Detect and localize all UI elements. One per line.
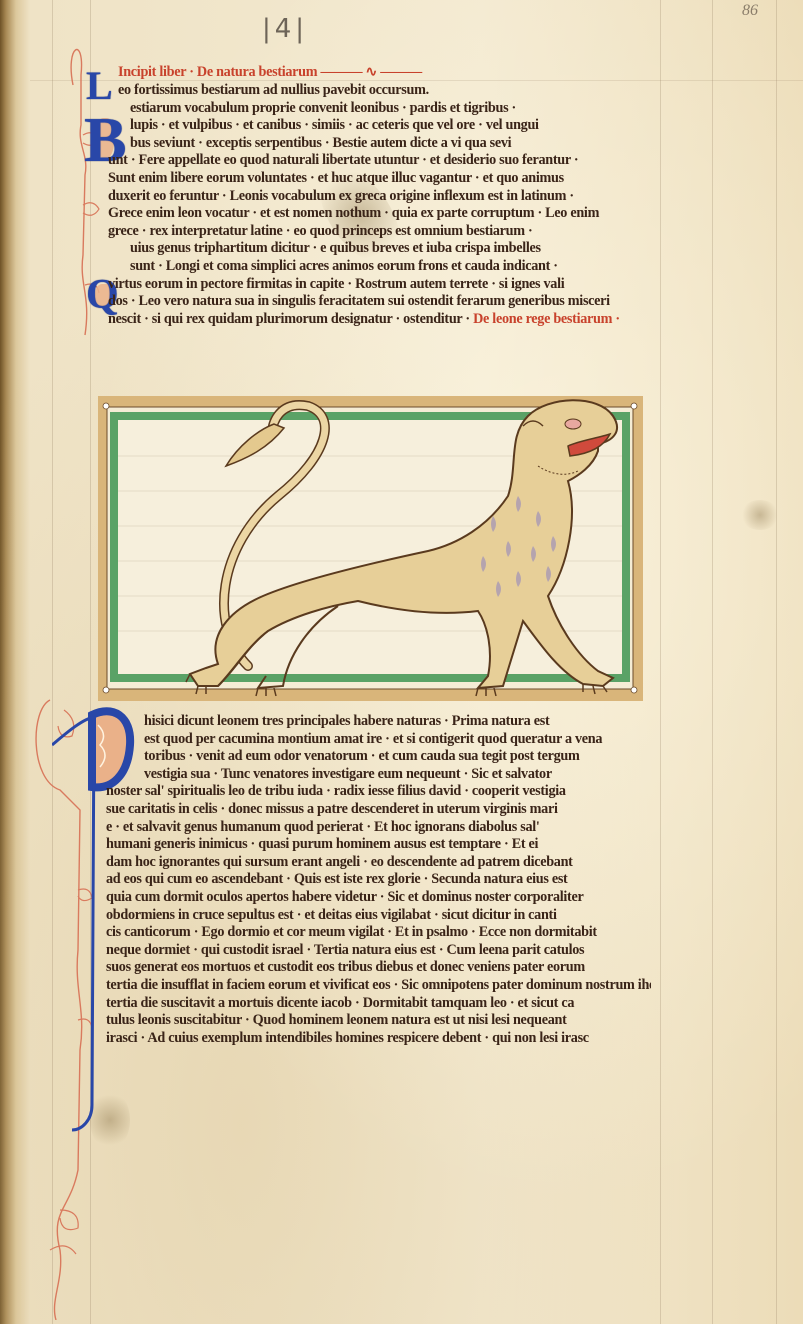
text-line: tertia die suscitavit a mortuis dicente …: [106, 995, 651, 1013]
text-line: virtus eorum in pectore firmitas in capi…: [108, 276, 648, 294]
ruling-line: [660, 0, 661, 1324]
text-line: neque dormiet · qui custodit israel · Te…: [106, 942, 651, 960]
text-line: tertia die insufflat in faciem eorum et …: [106, 977, 651, 995]
inline-rubric: De leone rege bestiarum ·: [473, 311, 620, 327]
text-line: sunt · Longi et coma simplici acres anim…: [108, 258, 648, 276]
text-line: noster sal' spiritualis leo de tribu iud…: [106, 783, 651, 801]
header-rubric-block: Incipit liber · De natura bestiarum ——— …: [118, 64, 638, 82]
text-line: duxerit eo feruntur · Leonis vocabulum e…: [108, 188, 648, 206]
text-line: vestigia sua · Tunc venatores investigar…: [106, 766, 651, 784]
text-line: e · et salvavit genus humanum quod perie…: [106, 819, 651, 837]
text-line: grece · rex interpretatur latine · eo qu…: [108, 223, 648, 241]
text-line: suos generat eos mortuos et custodit eos…: [106, 959, 651, 977]
lion-miniature: [98, 396, 643, 701]
text-line: quia cum dormit oculos apertos habere vi…: [106, 889, 651, 907]
text-line: ad eos qui cum eo ascendebant · Quis est…: [106, 871, 651, 889]
parchment-page: |4| 86 Incipit liber · De natura bestiar…: [0, 0, 803, 1324]
text-line: unt · Fere appellate eo quod naturali li…: [108, 152, 648, 170]
pencil-shelfmark: |4|: [262, 14, 308, 44]
text-line: sue caritatis in celis · donec missus a …: [106, 801, 651, 819]
text-line: cis canticorum · Ego dormio et cor meum …: [106, 924, 651, 942]
section-1-text: eo fortissimus bestiarum ad nullius pave…: [108, 82, 648, 328]
text-line: bus seviunt · exceptis serpentibus · Bes…: [108, 135, 648, 153]
text-line: dam hoc ignorantes qui sursum erant ange…: [106, 854, 651, 872]
ruling-line: [776, 0, 777, 1324]
text-line: eo fortissimus bestiarum ad nullius pave…: [108, 82, 648, 100]
text-line: Sunt enim libere eorum voluntates · et h…: [108, 170, 648, 188]
text-line: dos · Leo vero natura sua in singulis fe…: [108, 293, 648, 311]
text-line: lupis · et vulpibus · et canibus · simii…: [108, 117, 648, 135]
text-line: uius genus triphartitum dicitur · e quib…: [108, 240, 648, 258]
text-line: irasci · Ad cuius exemplum intendibiles …: [106, 1030, 651, 1048]
text-line: obdormiens in cruce sepultus est · et de…: [106, 907, 651, 925]
rubric-heading: Incipit liber · De natura bestiarum ——— …: [118, 64, 638, 82]
text-line-with-rubric: nescit · si qui rex quidam plurimorum de…: [108, 311, 648, 329]
text-line: hisici dicunt leonem tres principales ha…: [106, 713, 651, 731]
text-line: toribus · venit ad eum odor venatorum · …: [106, 748, 651, 766]
text-line: estiarum vocabulum proprie convenit leon…: [108, 100, 648, 118]
folio-number: 86: [742, 2, 758, 20]
ruling-line: [712, 0, 713, 1324]
text-line: humani generis inimicus · quasi purum ho…: [106, 836, 651, 854]
text-line: tulus leonis suscitabitur · Quod hominem…: [106, 1012, 651, 1030]
text-line: Grece enim leon vocatur · et est nomen n…: [108, 205, 648, 223]
text-line: est quod per cacumina montium amat ire ·…: [106, 731, 651, 749]
stain: [740, 500, 780, 530]
section-2-text: hisici dicunt leonem tres principales ha…: [106, 713, 651, 1047]
